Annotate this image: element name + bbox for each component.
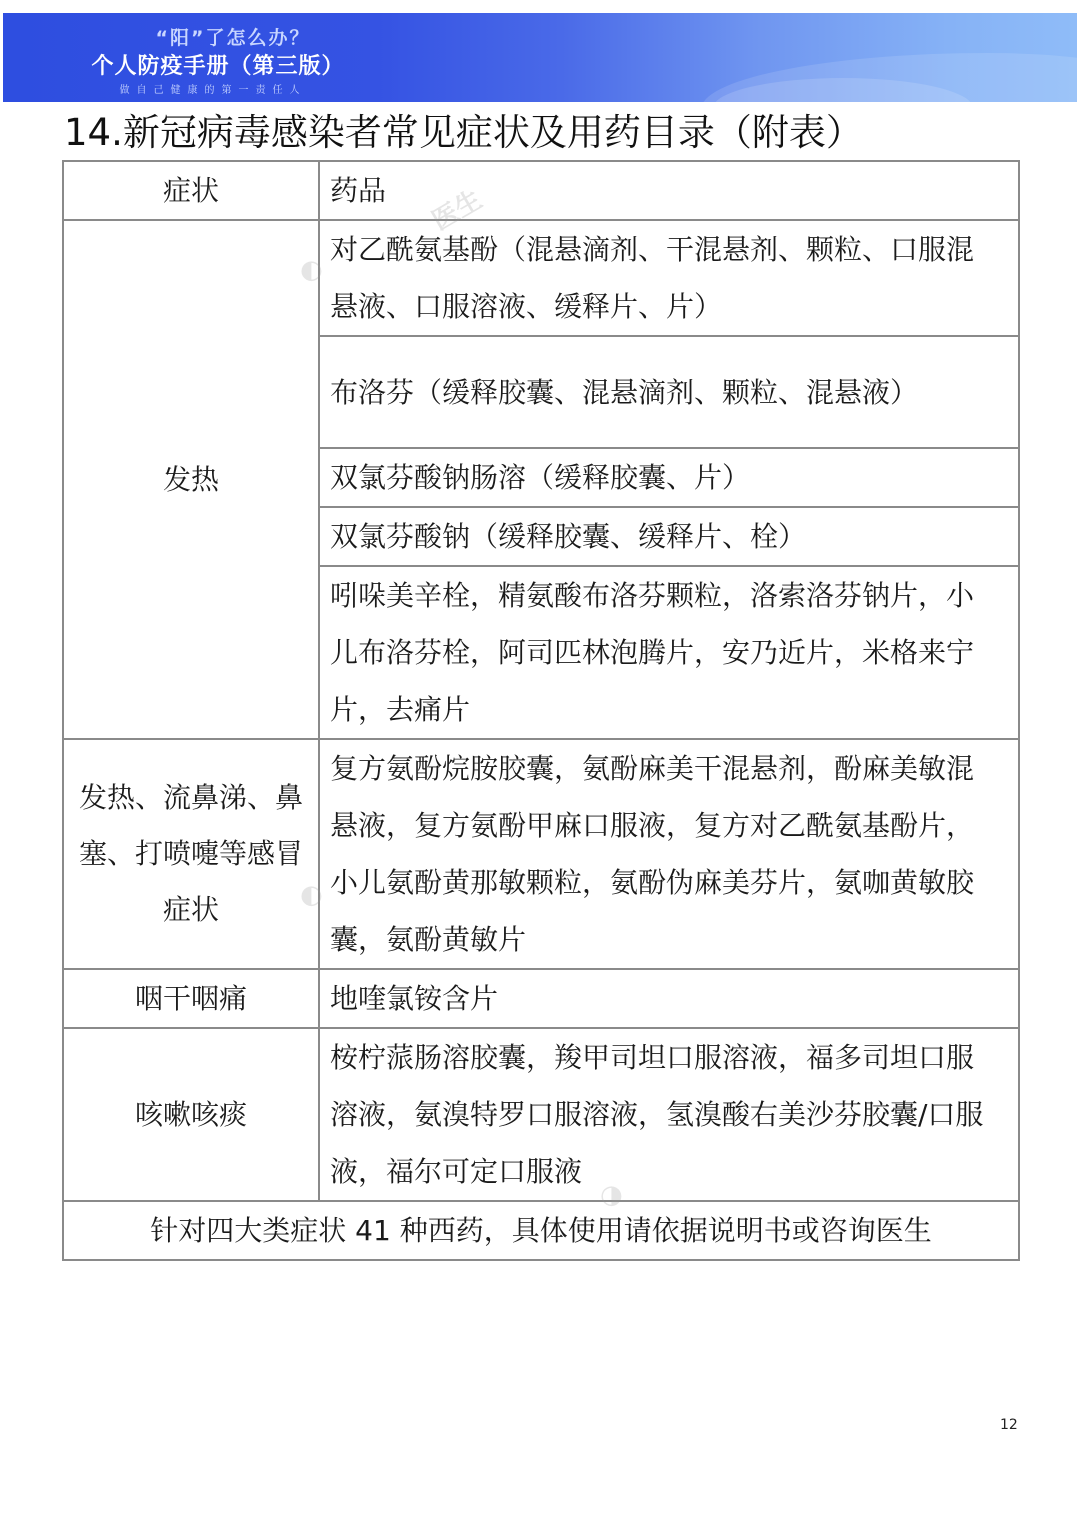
medicine-cell: 桉柠蒎肠溶胶囊，羧甲司坦口服溶液，福多司坦口服溶液，氨溴特罗口服溶液，氢溴酸右美… bbox=[319, 1028, 1019, 1201]
medicine-cell: 吲哚美辛栓，精氨酸布洛芬颗粒，洛索洛芬钠片，小儿布洛芬栓，阿司匹林泡腾片，安乃近… bbox=[319, 566, 1019, 739]
medicine-cell: 双氯芬酸钠（缓释胶囊、缓释片、栓） bbox=[319, 507, 1019, 566]
table-header-row: 症状 药品 bbox=[63, 161, 1019, 220]
symptom-cell: 发热 bbox=[63, 220, 319, 739]
medicine-cell: 布洛芬（缓释胶囊、混悬滴剂、颗粒、混悬液） bbox=[319, 336, 1019, 448]
header-medicine: 药品 bbox=[319, 161, 1019, 220]
symptom-cell: 发热、流鼻涕、鼻塞、打喷嚏等感冒症状 bbox=[63, 739, 319, 969]
symptom-cell: 咽干咽痛 bbox=[63, 969, 319, 1028]
banner-question: “阳”了怎么办？ bbox=[113, 23, 353, 50]
medicine-cell: 双氯芬酸钠肠溶（缓释胶囊、片） bbox=[319, 448, 1019, 507]
table-row: 发热 对乙酰氨基酚（混悬滴剂、干混悬剂、颗粒、口服混悬液、口服溶液、缓释片、片） bbox=[63, 220, 1019, 336]
table-footer-row: 针对四大类症状 41 种西药，具体使用请依据说明书或咨询医生 bbox=[63, 1201, 1019, 1260]
medicine-cell: 地喹氯铵含片 bbox=[319, 969, 1019, 1028]
table-row: 咽干咽痛 地喹氯铵含片 bbox=[63, 969, 1019, 1028]
medicine-cell: 对乙酰氨基酚（混悬滴剂、干混悬剂、颗粒、口服混悬液、口服溶液、缓释片、片） bbox=[319, 220, 1019, 336]
header-symptom: 症状 bbox=[63, 161, 319, 220]
banner-slogan: 做自己健康的第一责任人 bbox=[93, 81, 333, 96]
banner-title: 个人防疫手册（第三版） bbox=[73, 49, 363, 80]
symptom-cell: 咳嗽咳痰 bbox=[63, 1028, 319, 1201]
table-row: 发热、流鼻涕、鼻塞、打喷嚏等感冒症状 复方氨酚烷胺胶囊，氨酚麻美干混悬剂，酚麻美… bbox=[63, 739, 1019, 969]
header-banner: “阳”了怎么办？ 个人防疫手册（第三版） 做自己健康的第一责任人 bbox=[3, 13, 1077, 102]
page-title: 14.新冠病毒感染者常见症状及用药目录（附表） bbox=[64, 108, 863, 158]
page-number: 12 bbox=[1000, 1417, 1018, 1433]
medicine-cell: 复方氨酚烷胺胶囊，氨酚麻美干混悬剂，酚麻美敏混悬液，复方氨酚甲麻口服液，复方对乙… bbox=[319, 739, 1019, 969]
symptom-medicine-table: 症状 药品 发热 对乙酰氨基酚（混悬滴剂、干混悬剂、颗粒、口服混悬液、口服溶液、… bbox=[62, 160, 1020, 1261]
footer-note: 针对四大类症状 41 种西药，具体使用请依据说明书或咨询医生 bbox=[63, 1201, 1019, 1260]
table-row: 咳嗽咳痰 桉柠蒎肠溶胶囊，羧甲司坦口服溶液，福多司坦口服溶液，氨溴特罗口服溶液，… bbox=[63, 1028, 1019, 1201]
